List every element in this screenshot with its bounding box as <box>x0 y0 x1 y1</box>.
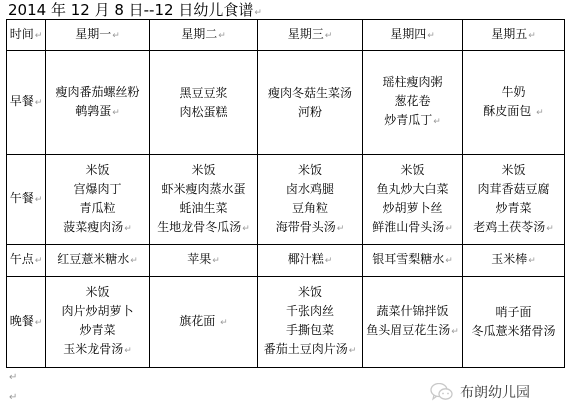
dish: 鲜淮山骨头汤 <box>372 220 444 234</box>
dish: 黑豆豆浆 <box>150 84 257 103</box>
dish: 宫爆肉丁 <box>46 180 149 199</box>
dish-line: 番茄土豆肉片汤↵ <box>258 340 362 361</box>
menu-cell: 哨子面 冬瓜薏米猪骨汤 <box>463 277 565 368</box>
dish: 炒青瓜丁 <box>384 113 432 127</box>
paragraph-mark-icon: ↵ <box>35 31 43 41</box>
header-day-wed: 星期三↵ <box>258 20 363 51</box>
paragraph-mark-icon: ↵ <box>528 31 536 41</box>
table-row-breakfast: 早餐↵ 瘦肉番茄螺丝粉 鹌鹑蛋↵ 黑豆豆浆 肉松蛋糕 瘦肉冬菇生菜汤 河粉 瑶柱… <box>7 51 565 155</box>
paragraph-mark-icon: ↵ <box>451 327 459 337</box>
menu-cell: 米饭 卤水鸡腿 豆角粒 海带骨头汤↵ <box>258 155 363 245</box>
watermark-text: 布朗幼儿园 <box>460 382 530 402</box>
paragraph-mark-icon: ↵ <box>35 98 43 108</box>
paragraph-mark-icon: ↵ <box>35 256 43 266</box>
menu-cell: 牛奶 酥皮面包 ↵ <box>463 51 565 155</box>
menu-cell: 米饭 鱼丸炒大白菜 炒胡萝卜丝 鲜淮山骨头汤↵ <box>363 155 463 245</box>
paragraph-mark-icon: ↵ <box>546 224 554 234</box>
paragraph-mark-icon: ↵ <box>325 256 333 266</box>
paragraph-mark-icon: ↵ <box>536 108 544 118</box>
paragraph-mark-icon: ↵ <box>220 318 228 328</box>
meal-label-text: 午点 <box>10 252 34 266</box>
paragraph-mark-icon: ↵ <box>9 372 17 383</box>
dish: 豆角粒 <box>258 199 362 218</box>
dish: 鹌鹑蛋 <box>75 104 111 118</box>
paragraph-mark-icon: ↵ <box>349 346 357 356</box>
dish: 河粉 <box>258 103 362 122</box>
dish: 肉片炒胡萝卜 <box>46 302 149 321</box>
header-day-mon: 星期一↵ <box>46 20 150 51</box>
meal-label: 午餐↵ <box>7 155 46 245</box>
menu-cell: 米饭 宫爆肉丁 青瓜粒 菠菜瘦肉汤↵ <box>46 155 150 245</box>
paragraph-mark-icon: ↵ <box>124 346 132 356</box>
dish: 玉米棒 <box>491 252 527 266</box>
dish-line: 鲜淮山骨头汤↵ <box>363 218 462 239</box>
dish: 冬瓜薏米猪骨汤 <box>463 322 564 341</box>
menu-cell: 银耳雪梨糖水↵ <box>363 245 463 277</box>
meal-label-text: 早餐 <box>10 94 34 108</box>
header-time-label: 时间 <box>10 27 34 41</box>
header-day-tue: 星期二↵ <box>150 20 258 51</box>
meal-label-text: 午餐 <box>10 191 34 205</box>
dish-line: 海带骨头汤↵ <box>258 218 362 239</box>
dish: 玉米龙骨汤 <box>63 342 123 356</box>
dish: 米饭 <box>258 283 362 302</box>
dish-line: 酥皮面包 ↵ <box>463 102 564 123</box>
paragraph-mark-icon: ↵ <box>427 31 435 41</box>
dish: 哨子面 <box>463 303 564 322</box>
paragraph-mark-icon: ↵ <box>112 108 120 118</box>
dish: 卤水鸡腿 <box>258 180 362 199</box>
header-time: 时间↵ <box>7 20 46 51</box>
meal-label: 午点↵ <box>7 245 46 277</box>
dish-line: 玉米龙骨汤↵ <box>46 340 149 361</box>
paragraph-mark-icon: ↵ <box>337 224 345 234</box>
dish: 葱花卷 <box>363 92 462 111</box>
dish: 蔬菜什锦拌饭 <box>363 302 462 321</box>
dish: 炒青菜 <box>463 199 564 218</box>
title-text: 2014 年 12 月 8 日--12 日幼儿食谱 <box>8 1 253 19</box>
meal-label-text: 晚餐 <box>10 314 34 328</box>
menu-cell: 米饭 肉片炒胡萝卜 炒青菜 玉米龙骨汤↵ <box>46 277 150 368</box>
menu-cell: 苹果↵ <box>150 245 258 277</box>
menu-cell: 旗花面 ↵ <box>150 277 258 368</box>
day-label: 星期三 <box>288 27 324 41</box>
meal-label: 晚餐↵ <box>7 277 46 368</box>
dish: 米饭 <box>463 161 564 180</box>
dish: 牛奶 <box>463 83 564 102</box>
dish: 椰汁糕 <box>288 252 324 266</box>
paragraph-mark-icon: ↵ <box>35 318 43 328</box>
paragraph-mark-icon: ↵ <box>124 224 132 234</box>
dish: 米饭 <box>150 161 257 180</box>
paragraph-mark-icon: ↵ <box>242 224 250 234</box>
menu-cell: 瘦肉冬菇生菜汤 河粉 <box>258 51 363 155</box>
menu-cell: 玉米棒↵ <box>463 245 565 277</box>
paragraph-mark-icon: ↵ <box>325 31 333 41</box>
menu-cell: 米饭 虾米瘦肉蒸水蛋 蚝油生菜 生地龙骨冬瓜汤↵ <box>150 155 258 245</box>
dish: 米饭 <box>46 161 149 180</box>
dish: 瑶柱瘦肉粥 <box>363 73 462 92</box>
header-day-fri: 星期五↵ <box>463 20 565 51</box>
header-day-thu: 星期四↵ <box>363 20 463 51</box>
paragraph-mark-icon: ↵ <box>218 31 226 41</box>
paragraph-mark-icon: ↵ <box>35 195 43 205</box>
paragraph-mark-icon: ↵ <box>445 224 453 234</box>
dish: 瘦肉冬菇生菜汤 <box>258 84 362 103</box>
day-label: 星期五 <box>491 27 527 41</box>
dish: 鱼头眉豆花生汤 <box>366 323 450 337</box>
paragraph-mark-icon: ↵ <box>130 256 138 266</box>
dish-line: 鱼头眉豆花生汤↵ <box>363 321 462 342</box>
menu-cell: 椰汁糕↵ <box>258 245 363 277</box>
dish: 肉茸香菇豆腐 <box>463 180 564 199</box>
menu-cell: 红豆薏米糖水↵ <box>46 245 150 277</box>
menu-cell: 瘦肉番茄螺丝粉 鹌鹑蛋↵ <box>46 51 150 155</box>
dish: 虾米瘦肉蒸水蛋 <box>150 180 257 199</box>
menu-table: 时间↵ 星期一↵ 星期二↵ 星期三↵ 星期四↵ 星期五↵ 早餐↵ 瘦肉番茄螺丝粉… <box>6 19 565 368</box>
dish: 老鸡土茯苓汤 <box>473 220 545 234</box>
table-row-dinner: 晚餐↵ 米饭 肉片炒胡萝卜 炒青菜 玉米龙骨汤↵ 旗花面 ↵ 米饭 千张肉丝 手… <box>7 277 565 368</box>
paragraph-mark-icon: ↵ <box>445 256 453 266</box>
menu-cell: 米饭 肉茸香菇豆腐 炒青菜 老鸡土茯苓汤↵ <box>463 155 565 245</box>
dish: 手撕包菜 <box>258 321 362 340</box>
paragraph-mark-icon: ↵ <box>9 392 17 403</box>
paragraph-mark-icon: ↵ <box>112 31 120 41</box>
dish: 青瓜粒 <box>46 199 149 218</box>
dish: 千张肉丝 <box>258 302 362 321</box>
meal-label: 早餐↵ <box>7 51 46 155</box>
menu-cell: 蔬菜什锦拌饭 鱼头眉豆花生汤↵ <box>363 277 463 368</box>
dish-line: 炒青瓜丁↵ <box>363 111 462 132</box>
dish: 菠菜瘦肉汤 <box>63 220 123 234</box>
dish: 生地龙骨冬瓜汤 <box>157 220 241 234</box>
menu-cell: 黑豆豆浆 肉松蛋糕 <box>150 51 258 155</box>
dish-line: 鹌鹑蛋↵ <box>46 102 149 123</box>
dish: 红豆薏米糖水 <box>57 252 129 266</box>
dish-line: 老鸡土茯苓汤↵ <box>463 218 564 239</box>
table-row-snack: 午点↵ 红豆薏米糖水↵ 苹果↵ 椰汁糕↵ 银耳雪梨糖水↵ 玉米棒↵ <box>7 245 565 277</box>
day-label: 星期二 <box>181 27 217 41</box>
paragraph-mark-icon: ↵ <box>254 8 262 18</box>
paragraph-mark-icon: ↵ <box>212 256 220 266</box>
menu-cell: 米饭 千张肉丝 手撕包菜 番茄土豆肉片汤↵ <box>258 277 363 368</box>
dish: 米饭 <box>46 283 149 302</box>
dish: 酥皮面包 <box>483 104 531 118</box>
dish-line: 菠菜瘦肉汤↵ <box>46 218 149 239</box>
table-row-lunch: 午餐↵ 米饭 宫爆肉丁 青瓜粒 菠菜瘦肉汤↵ 米饭 虾米瘦肉蒸水蛋 蚝油生菜 生… <box>7 155 565 245</box>
dish: 肉松蛋糕 <box>150 103 257 122</box>
table-header-row: 时间↵ 星期一↵ 星期二↵ 星期三↵ 星期四↵ 星期五↵ <box>7 20 565 51</box>
wechat-icon <box>430 383 454 401</box>
paragraph-mark-icon: ↵ <box>433 117 441 127</box>
menu-cell: 瑶柱瘦肉粥 葱花卷 炒青瓜丁↵ <box>363 51 463 155</box>
dish: 米饭 <box>258 161 362 180</box>
dish: 蚝油生菜 <box>150 199 257 218</box>
watermark: 布朗幼儿园 <box>430 382 530 402</box>
dish: 苹果 <box>187 252 211 266</box>
dish: 番茄土豆肉片汤 <box>264 342 348 356</box>
dish: 银耳雪梨糖水 <box>372 252 444 266</box>
dish: 海带骨头汤 <box>276 220 336 234</box>
paragraph-mark-icon: ↵ <box>528 256 536 266</box>
dish: 炒青菜 <box>46 321 149 340</box>
dish: 炒胡萝卜丝 <box>363 199 462 218</box>
dish: 鱼丸炒大白菜 <box>363 180 462 199</box>
dish: 米饭 <box>363 161 462 180</box>
day-label: 星期一 <box>75 27 111 41</box>
day-label: 星期四 <box>390 27 426 41</box>
dish: 旗花面 <box>179 314 215 328</box>
dish-line: 生地龙骨冬瓜汤↵ <box>150 218 257 239</box>
dish: 瘦肉番茄螺丝粉 <box>46 83 149 102</box>
